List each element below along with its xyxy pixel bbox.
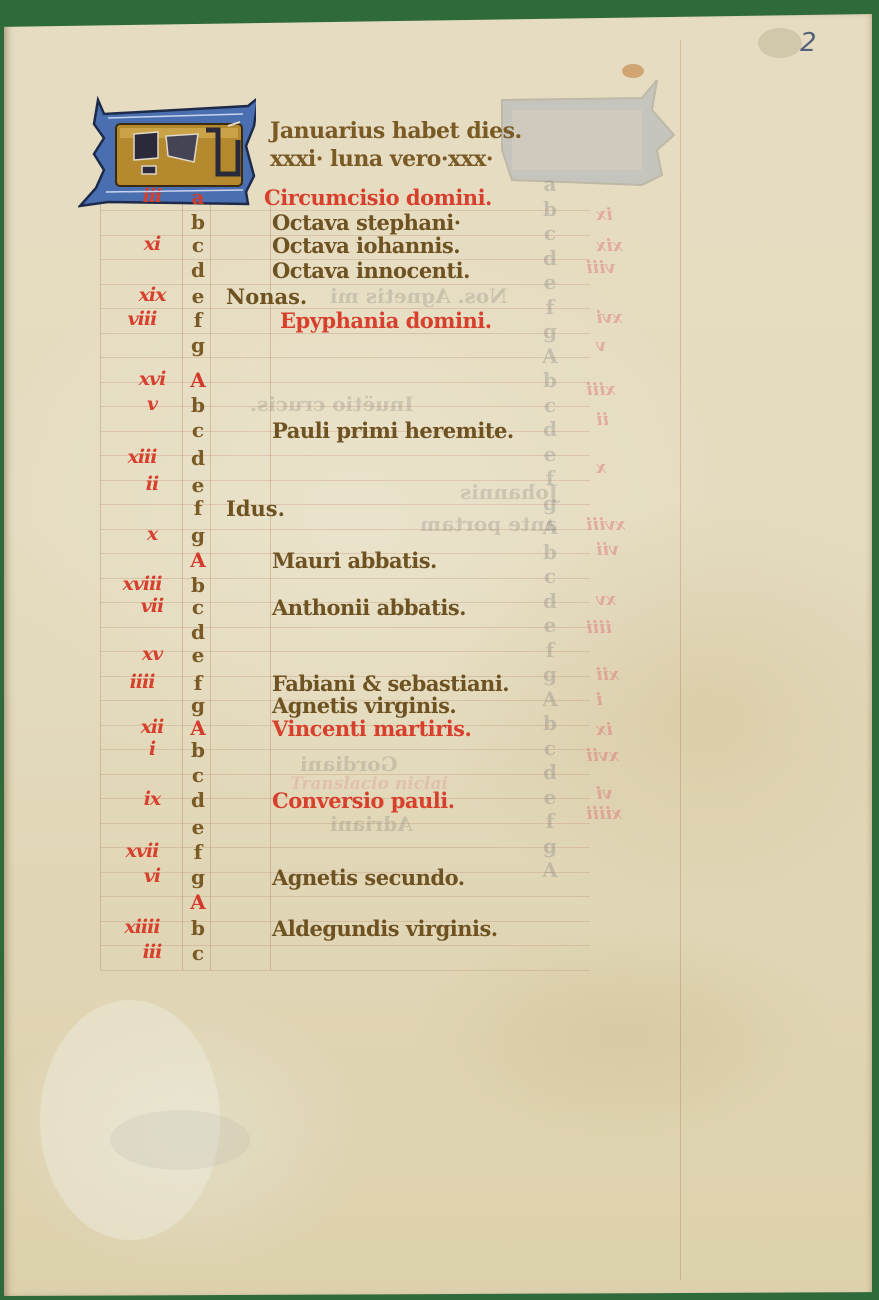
calendar-row: iie [0,473,879,497]
calendar-row: xviif [0,840,879,864]
ruling-line [100,357,590,358]
golden-number: xvi [128,368,176,390]
calendar-row: xixeNonas. [0,284,879,308]
dominical-letter: a [186,185,210,209]
feast-entry: Octava innocenti. [272,258,470,283]
folio-number: 2 [800,28,817,58]
calendar-row: iiiifFabiani & sebastiani. [0,671,879,695]
golden-number: vi [128,865,176,887]
golden-number: ii [128,473,176,495]
dominical-letter: A [186,548,210,572]
golden-number: xv [128,643,176,665]
roman-date-marker: Nonas. [226,284,307,309]
dominical-letter: e [186,284,210,308]
calendar-row: d [0,620,879,644]
calendar-row: viiifEpyphania domini. [0,308,879,332]
calendar-row: A [0,890,879,914]
dominical-letter: f [186,496,210,520]
calendar-row: xg [0,523,879,547]
golden-number: xix [128,284,176,306]
feast-entry: Aldegundis virginis. [272,916,498,941]
dominical-letter: g [186,693,210,717]
calendar-row: cPauli primi heremite. [0,418,879,442]
golden-number: xviii [118,573,166,595]
calendar-row: xicOctava iohannis. [0,233,879,257]
dominical-letter: d [186,788,210,812]
water-stain [622,64,644,78]
dominical-letter: d [186,258,210,282]
feast-rubric: Conversio pauli. [272,788,455,813]
dominical-letter: A [186,368,210,392]
dominical-letter: c [186,418,210,442]
golden-number: iii [128,185,176,207]
dominical-letter: g [186,333,210,357]
calendar-row: iiic [0,941,879,965]
golden-number: xii [128,716,176,738]
calendar-row: gAgnetis virginis. [0,693,879,717]
feast-rubric: Circumcisio domini. [264,185,492,210]
dominical-letter: b [186,573,210,597]
calendar-row: e [0,815,879,839]
calendar-row: xiiiibAldegundis virginis. [0,916,879,940]
calendar-row: vigAgnetis secundo. [0,865,879,889]
golden-number: xiiii [118,916,166,938]
feast-entry: Anthonii abbatis. [272,595,466,620]
dominical-letter: c [186,595,210,619]
golden-number: v [128,393,176,415]
dominical-letter: A [186,890,210,914]
dominical-letter: A [186,716,210,740]
roman-date-marker: Idus. [226,496,285,521]
calendar-row: bOctava stephani· [0,210,879,234]
water-stain [110,1110,250,1170]
dominical-letter: b [186,738,210,762]
golden-number: xi [128,233,176,255]
calendar-row: ib [0,738,879,762]
golden-number: i [128,738,176,760]
calendar-row: viicAnthonii abbatis. [0,595,879,619]
calendar-row: xviA [0,368,879,392]
golden-number: xvii [118,840,166,862]
dominical-letter: c [186,941,210,965]
feast-entry: Agnetis virginis. [272,693,456,718]
dominical-letter: f [186,308,210,332]
dominical-letter: f [186,840,210,864]
feast-entry: Agnetis secundo. [272,865,465,890]
calendar-row: xiiAVincenti martiris. [0,716,879,740]
lunar-days-heading: xxxi· luna vero·xxx· [270,146,493,172]
golden-number: xiii [118,446,166,468]
feast-entry: Pauli primi heremite. [272,418,514,443]
dominical-letter: d [186,620,210,644]
dominical-letter: g [186,865,210,889]
golden-number: ix [128,788,176,810]
calendar-row: iiiaCircumcisio domini. [0,185,879,209]
golden-number: viii [118,308,166,330]
calendar-row: xviiib [0,573,879,597]
golden-number: x [128,523,176,545]
calendar-row: AMauri abbatis. [0,548,879,572]
ruling-line [100,970,590,971]
golden-number: vii [128,595,176,617]
dominical-letter: b [186,916,210,940]
dominical-letter: e [186,643,210,667]
dominical-letter: g [186,523,210,547]
feast-entry: Octava iohannis. [272,233,460,258]
feast-rubric: Epyphania domini. [280,308,492,333]
golden-number: iii [128,941,176,963]
dominical-letter: b [186,393,210,417]
calendar-row: fIdus. [0,496,879,520]
calendar-row: dOctava innocenti. [0,258,879,282]
dominical-letter: b [186,210,210,234]
calendar-row: xiiid [0,446,879,470]
dominical-letter: f [186,671,210,695]
calendar-row: xve [0,643,879,667]
calendar-row: g [0,333,879,357]
calendar-row: c [0,763,879,787]
dominical-letter: e [186,473,210,497]
dominical-letter: d [186,446,210,470]
golden-number: iiii [118,671,166,693]
month-heading: Januarius habet dies. [270,118,522,144]
calendar-row: ixdConversio pauli. [0,788,879,812]
dominical-letter: e [186,815,210,839]
dominical-letter: c [186,763,210,787]
feast-entry: Octava stephani· [272,210,461,235]
dominical-letter: c [186,233,210,257]
water-stain [758,28,802,58]
calendar-row: vb [0,393,879,417]
feast-entry: Mauri abbatis. [272,548,437,573]
